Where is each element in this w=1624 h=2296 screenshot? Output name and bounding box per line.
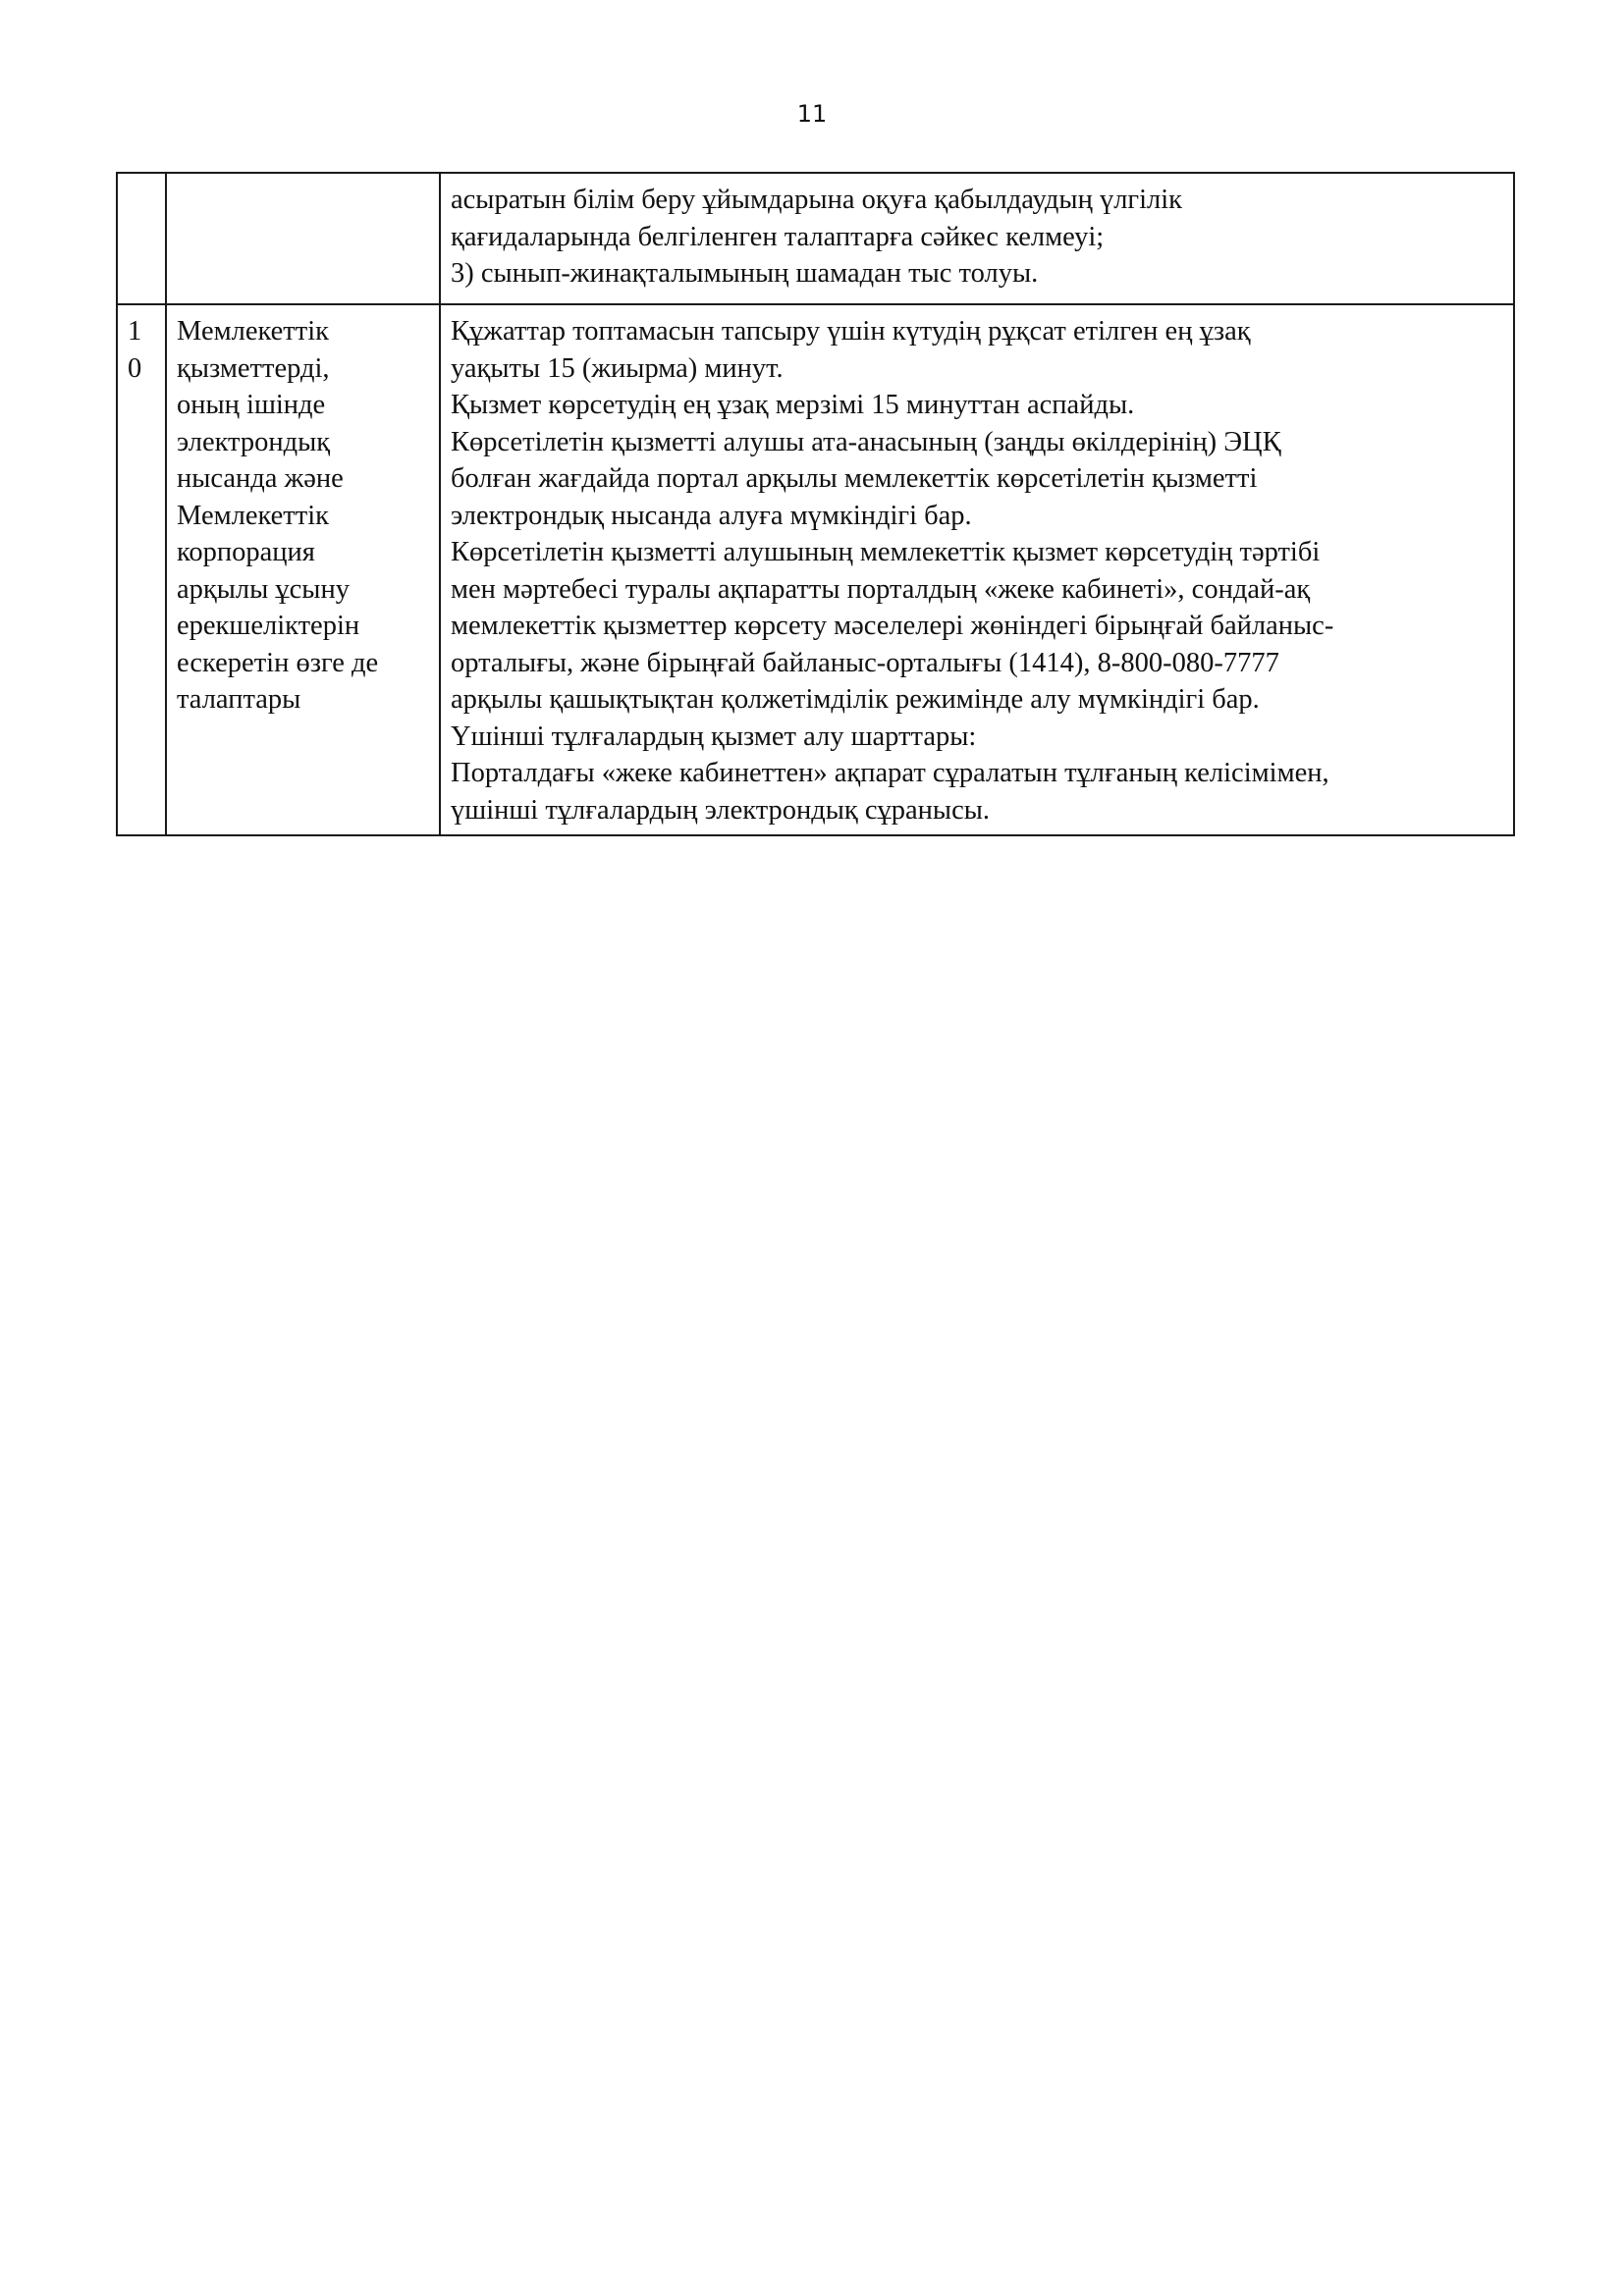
table-row-continuation: асыратын білім беру ұйымдарына оқуға қаб… [117,173,1514,304]
requirement-name-cell [166,173,440,304]
description-line: Құжаттар топтамасын тапсыру үшін күтудің… [451,313,1503,350]
requirement-name-cell: Мемлекеттік қызметтерді, оның ішінде эле… [166,304,440,835]
row-number-cell: 1 0 [117,304,166,835]
description-line: уақыты 15 (жиырма) минут. [451,350,1503,388]
description-line: орталығы, және бірыңғай байланыс-орталығ… [451,645,1503,682]
description-line: Порталдағы «жеке кабинеттен» ақпарат сұр… [451,755,1503,792]
name-line: Мемлекеттік [177,313,429,350]
name-line: ескеретін өзге де [177,645,429,682]
page-number: 11 [0,98,1624,130]
name-line: нысанда және [177,460,429,498]
description-line: мен мәртебесі туралы ақпаратты порталдың… [451,571,1503,609]
description-line: қағидаларында белгіленген талаптарға сәй… [451,219,1503,256]
requirements-table: асыратын білім беру ұйымдарына оқуға қаб… [116,172,1515,836]
description-line: үшінші тұлғалардың электрондық сұранысы. [451,792,1503,829]
requirement-description-cell: Құжаттар топтамасын тапсыру үшін күтудің… [440,304,1514,835]
description-line: Қызмет көрсетудің ең ұзақ мерзімі 15 мин… [451,387,1503,424]
name-line: талаптары [177,681,429,719]
description-line: Үшінші тұлғалардың қызмет алу шарттары: [451,719,1503,756]
description-line: асыратын білім беру ұйымдарына оқуға қаб… [451,182,1503,219]
row-number-cell [117,173,166,304]
row-number-digit: 0 [128,350,155,388]
description-line: болған жағдайда портал арқылы мемлекетті… [451,460,1503,498]
description-line: Көрсетілетін қызметті алушы ата-анасының… [451,424,1503,461]
name-line: корпорация [177,534,429,571]
name-line: қызметтерді, [177,350,429,388]
name-line: электрондық [177,424,429,461]
row-number-digit: 1 [128,313,155,350]
description-line: мемлекеттік қызметтер көрсету мәселелері… [451,608,1503,645]
description-line: электрондық нысанда алуға мүмкіндігі бар… [451,498,1503,535]
requirement-description-cell: асыратын білім беру ұйымдарына оқуға қаб… [440,173,1514,304]
description-line: Көрсетілетін қызметті алушының мемлекетт… [451,534,1503,571]
name-line: арқылы ұсыну [177,571,429,609]
name-line: ерекшеліктерін [177,608,429,645]
description-line: арқылы қашықтықтан қолжетімділік режимін… [451,681,1503,719]
description-line: 3) сынып-жинақталымының шамадан тыс толу… [451,255,1503,293]
name-line: оның ішінде [177,387,429,424]
name-line: Мемлекеттік [177,498,429,535]
table-row-10: 1 0 Мемлекеттік қызметтерді, оның ішінде… [117,304,1514,835]
